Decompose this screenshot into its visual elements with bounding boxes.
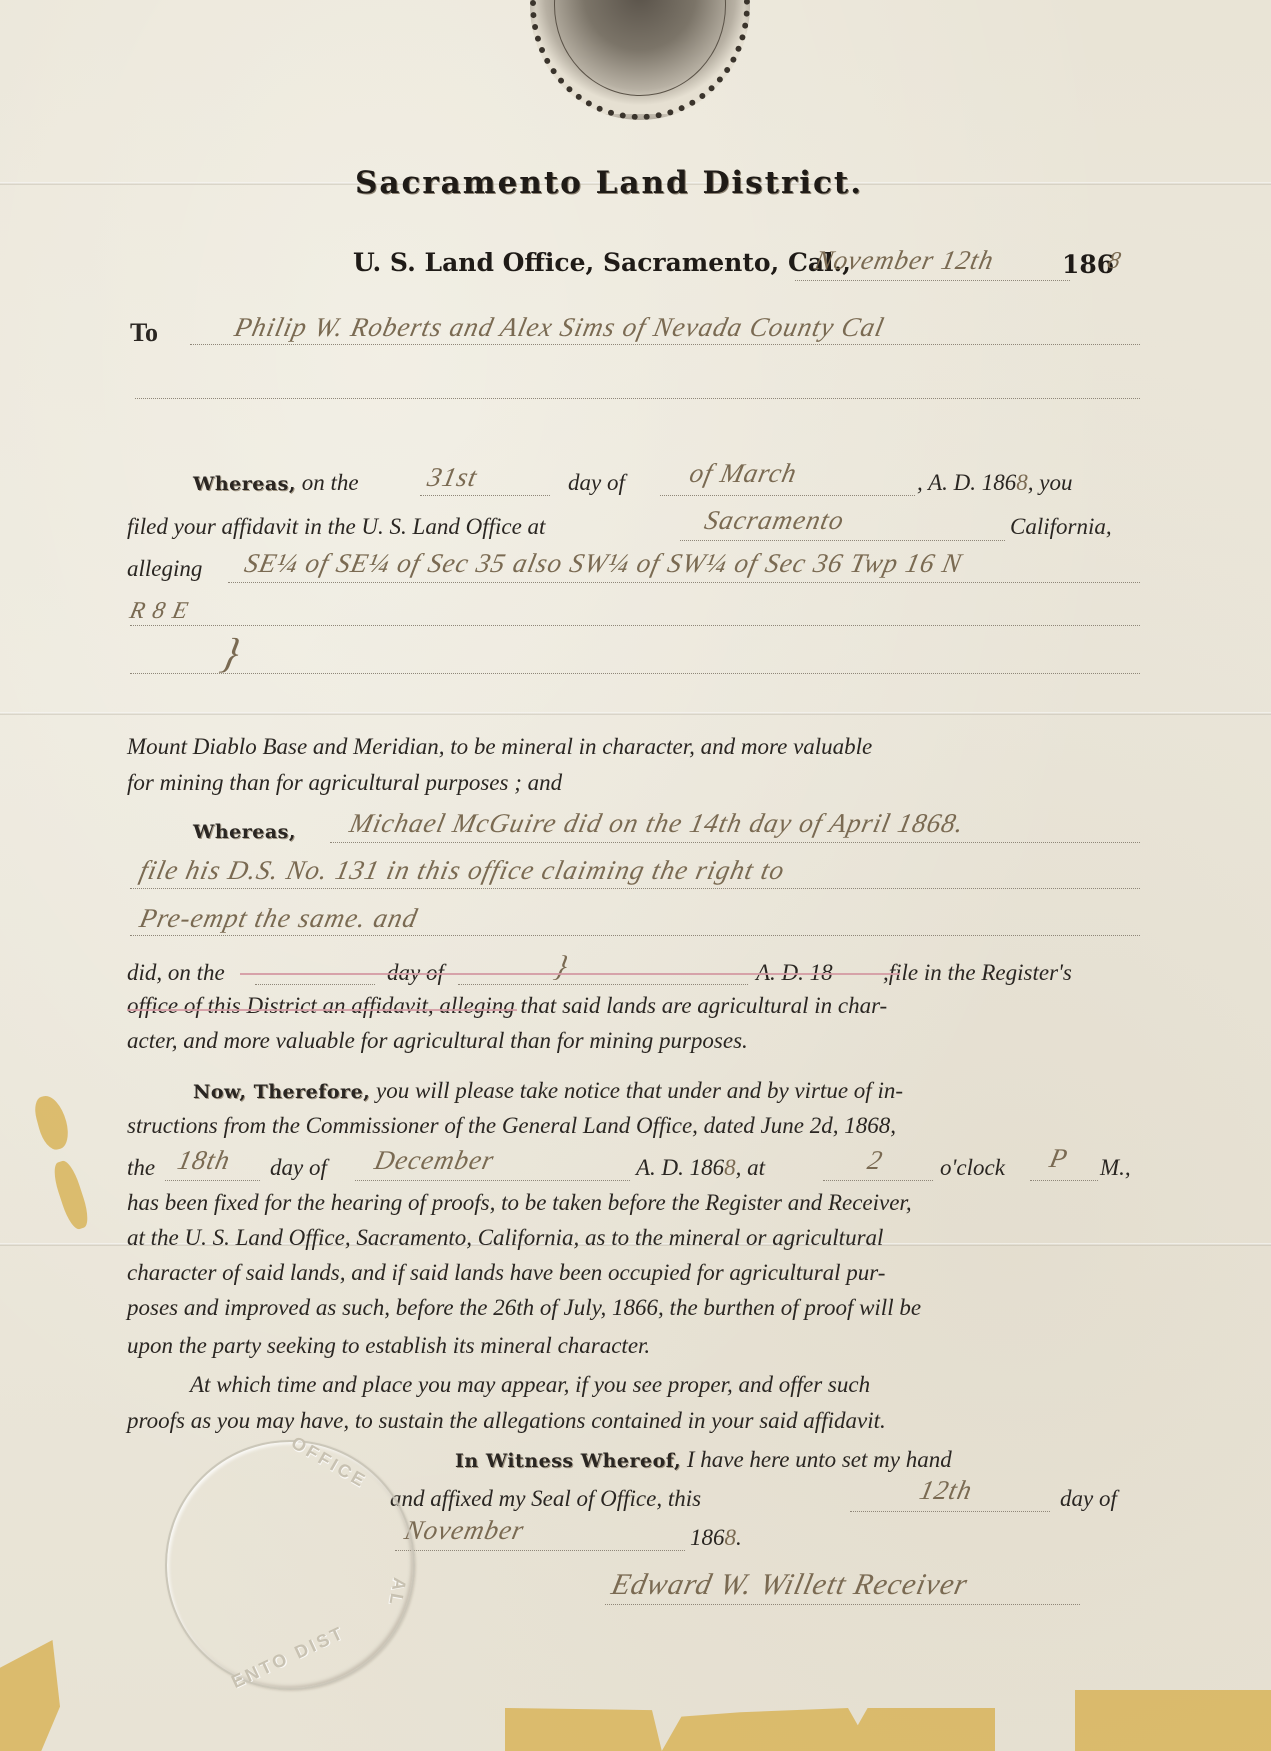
whereas-1-day: 31st	[425, 462, 481, 493]
brace-mark: }	[217, 630, 245, 678]
year-digit: 8	[724, 1155, 736, 1180]
ad-label: , A. D. 1868, you	[917, 470, 1072, 496]
whereas-2-line	[130, 935, 1140, 936]
witness-year: 1868.	[690, 1525, 742, 1551]
hearing-day: 18th	[175, 1145, 234, 1176]
meridian-line-2: for mining than for agricultural purpose…	[127, 770, 562, 796]
witness-day-of: day of	[1060, 1486, 1117, 1512]
whereas-2-line-2: office of this District an affidavit, al…	[127, 993, 887, 1019]
blank-line	[255, 984, 375, 985]
text: A. D. 186	[636, 1155, 724, 1180]
meridiem-line	[1030, 1180, 1098, 1181]
alleging-description: SE¼ of SE¼ of Sec 35 also SW¼ of SW¼ of …	[242, 548, 965, 579]
witness-month: November	[402, 1515, 528, 1546]
california-label: California,	[1010, 514, 1112, 540]
now-therefore-line-8: upon the party seeking to establish its …	[127, 1333, 650, 1359]
header-date: November 12th	[812, 245, 997, 276]
day-of-label: day of	[270, 1155, 327, 1181]
text: , at	[736, 1155, 765, 1180]
water-stain	[50, 1158, 93, 1231]
struck-file: ,file in the Register's	[883, 960, 1072, 986]
strikethrough-line	[240, 973, 900, 975]
now-therefore-line-6: character of said lands, and if said lan…	[127, 1260, 885, 1286]
witness-line-1: In Witness Whereof, I have here unto set…	[455, 1447, 952, 1473]
water-stain	[31, 1092, 72, 1152]
eagle-seal-icon	[530, 0, 750, 120]
day-line	[850, 1511, 1050, 1512]
fold-line	[0, 712, 1271, 715]
office-label: U. S. Land Office, Sacramento, Cal.,	[353, 248, 851, 277]
text: I have here unto set my hand	[687, 1447, 952, 1472]
month-line	[355, 1180, 630, 1181]
whereas-1-month: of March	[687, 458, 800, 489]
now-therefore-lead: Now, Therefore,	[193, 1081, 370, 1103]
whereas-2-hand-1: Michael McGuire did on the 14th day of A…	[347, 808, 968, 839]
whereas-1-line-1: Whereas, on the	[193, 470, 359, 496]
the-label: the	[127, 1155, 155, 1181]
month-line	[660, 495, 915, 496]
water-stain	[1075, 1690, 1271, 1751]
whereas-2-line-3: acter, and more valuable for agricultura…	[127, 1028, 748, 1054]
district-title: Sacramento Land District.	[355, 165, 955, 201]
now-therefore-line-4: has been fixed for the hearing of proofs…	[127, 1190, 912, 1216]
meridian-line-1: Mount Diablo Base and Meridian, to be mi…	[127, 734, 872, 760]
signature-line	[605, 1604, 1080, 1605]
day-line	[165, 1180, 260, 1181]
text: you will please take notice that under a…	[376, 1078, 903, 1103]
witness-lead: In Witness Whereof,	[455, 1450, 681, 1472]
seal-text-right: AL	[384, 1576, 410, 1609]
to-label: To	[130, 318, 158, 348]
struck-did-on-the: did, on the	[127, 960, 225, 986]
whereas-2-line	[330, 842, 1140, 843]
whereas-1-place: Sacramento	[702, 505, 848, 536]
ad-label: A. D. 1868, at	[636, 1155, 765, 1181]
blank-line	[458, 984, 748, 985]
text: , you	[1028, 470, 1073, 495]
hearing-meridiem: P	[1047, 1143, 1071, 1174]
witness-day: 12th	[917, 1475, 976, 1506]
whereas-2-hand-2: file his D.S. No. 131 in this office cla…	[137, 855, 788, 886]
addressee-name: Philip W. Roberts and Alex Sims of Nevad…	[232, 312, 888, 343]
addressee-line	[190, 344, 1140, 345]
text: alleging that said lands are agricultura…	[434, 993, 888, 1018]
now-therefore-line-2: structions from the Commissioner of the …	[127, 1113, 896, 1139]
year-digit: 8	[1016, 470, 1028, 495]
blank-line	[130, 673, 1140, 674]
place-line	[680, 540, 1005, 541]
now-therefore-line-5: at the U. S. Land Office, Sacramento, Ca…	[127, 1225, 883, 1251]
whereas-2-line	[130, 888, 1140, 889]
water-stain	[0, 1640, 75, 1751]
date-line	[795, 280, 1070, 281]
hearing-hour: 2	[865, 1145, 886, 1176]
water-stain	[505, 1708, 995, 1751]
appear-line-1: At which time and place you may appear, …	[190, 1372, 870, 1398]
now-therefore-line-7: poses and improved as such, before the 2…	[127, 1295, 921, 1321]
m-label: M.,	[1100, 1155, 1131, 1181]
brace-mark: }	[551, 950, 571, 984]
now-therefore-line-1: Now, Therefore, you will please take not…	[193, 1078, 903, 1104]
whereas-lead: Whereas,	[193, 473, 296, 495]
text: , A. D. 186	[917, 470, 1016, 495]
witness-line-2a: and affixed my Seal of Office, this	[390, 1486, 701, 1512]
strikethrough-line	[127, 1009, 517, 1011]
text: .	[736, 1525, 742, 1550]
embossed-seal-icon: OFFICE AL ENTO DIST	[165, 1440, 415, 1690]
hearing-month: December	[372, 1145, 498, 1176]
document-paper: Sacramento Land District. U. S. Land Off…	[0, 0, 1271, 1751]
seal-text-top: OFFICE	[287, 1432, 370, 1492]
receiver-signature: Edward W. Willett Receiver	[608, 1568, 971, 1602]
alleging-line	[228, 582, 1140, 583]
hour-line	[823, 1180, 933, 1181]
day-line	[420, 495, 550, 496]
blank-line	[135, 398, 1140, 399]
whereas-2-lead: Whereas,	[193, 818, 296, 844]
appear-line-2: proofs as you may have, to sustain the a…	[127, 1408, 886, 1434]
text: 186	[690, 1525, 725, 1550]
month-line	[395, 1550, 685, 1551]
alleging-range: R 8 E	[127, 598, 191, 625]
alleging-label: alleging	[127, 556, 202, 582]
struck-text: office of this District an affidavit,	[127, 993, 434, 1018]
whereas-lead: Whereas,	[193, 821, 296, 843]
whereas-1-line-2: filed your affidavit in the U. S. Land O…	[127, 514, 545, 540]
oclock-label: o'clock	[940, 1155, 1005, 1181]
whereas-2-hand-3: Pre-empt the same. and	[137, 903, 421, 934]
seal-text-bottom: ENTO DIST	[228, 1622, 348, 1693]
text: on the	[302, 470, 359, 495]
blank-line	[130, 625, 1140, 626]
year-digit: 8	[725, 1525, 737, 1550]
day-of-label: day of	[568, 470, 625, 496]
